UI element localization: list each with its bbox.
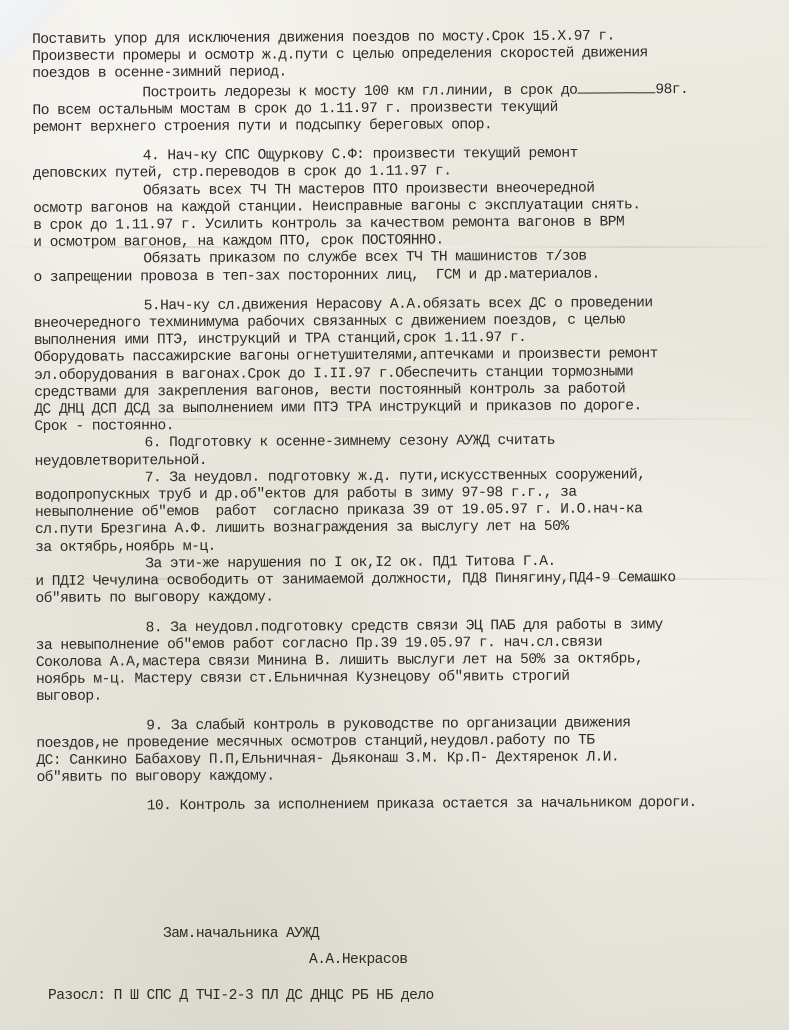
paragraph-item-5: 5.Нач-ку сл.движения Нерасову А.А.обязат…	[34, 294, 775, 436]
distribution-list: Разосл: П Ш СПС Д ТЧI-2-3 ПЛ ДС ДНЦС РБ …	[48, 988, 434, 1004]
paragraph-bridge-stop: Поставить упор для исключения движения п…	[32, 27, 772, 83]
paragraph-item-8: 8. За неудовл.подготовку средств связи Э…	[36, 616, 777, 707]
paragraph-item-6: 6. Подготовку к осенне-зимнему сезону АУ…	[34, 432, 774, 471]
paragraph-ice-breakers: Построить ледорезы к мосту 100 км гл.лин…	[32, 79, 772, 137]
paragraph-item-7: 7. За неудовл. подготовку ж.д. пути,иску…	[35, 466, 776, 608]
signature-title: Зам.начальника АУЖД	[163, 926, 319, 942]
text-line-suffix: 98г.	[655, 82, 688, 98]
blank-date-field	[577, 80, 655, 93]
paragraph-item-4: 4. Нач-ку СПС Ощуркову С.Ф: произвести т…	[33, 145, 774, 287]
paragraph-item-9: 9. За слабый контроль в руководстве по о…	[36, 714, 776, 787]
document-body: Поставить упор для исключения движения п…	[32, 27, 777, 816]
signature-name: А.А.Некрасов	[309, 952, 408, 968]
text-line-prefix: Построить ледорезы к мосту 100 км гл.лин…	[142, 82, 577, 101]
